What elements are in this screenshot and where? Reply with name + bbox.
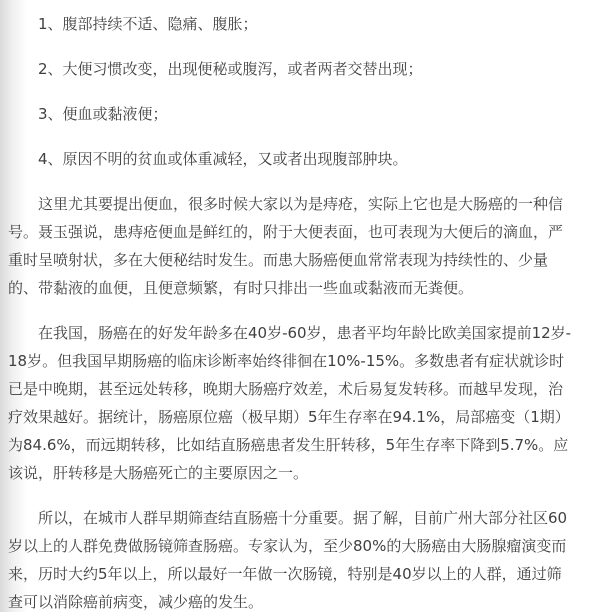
paragraph-blood-in-stool: 这里尤其要提出便血，很多时候大家以为是痔疮，实际上它也是大肠癌的一种信号。聂玉强… (8, 190, 576, 302)
article-body-text: 1、腹部持续不适、隐痛、腹胀； 2、大便习惯改变，出现便秘或腹泻，或者两者交替出… (0, 0, 592, 612)
paragraph-statistics: 在我国，肠癌在的好发年龄多在40岁-60岁，患者平均年龄比欧美国家提前12岁-1… (8, 319, 576, 487)
symptom-list-item-2: 2、大便习惯改变，出现便秘或腹泻，或者两者交替出现； (8, 55, 576, 83)
symptom-list-item-4: 4、原因不明的贫血或体重减轻，又或者出现腹部肿块。 (8, 145, 576, 173)
symptom-list-item-1: 1、腹部持续不适、隐痛、腹胀； (8, 10, 576, 38)
symptom-list-item-3: 3、便血或黏液便； (8, 100, 576, 128)
paragraph-screening-advice: 所以，在城市人群早期筛查结直肠癌十分重要。据了解，目前广州大部分社区60岁以上的… (8, 504, 576, 612)
article-page: 1、腹部持续不适、隐痛、腹胀； 2、大便习惯改变，出现便秘或腹泻，或者两者交替出… (0, 0, 592, 612)
